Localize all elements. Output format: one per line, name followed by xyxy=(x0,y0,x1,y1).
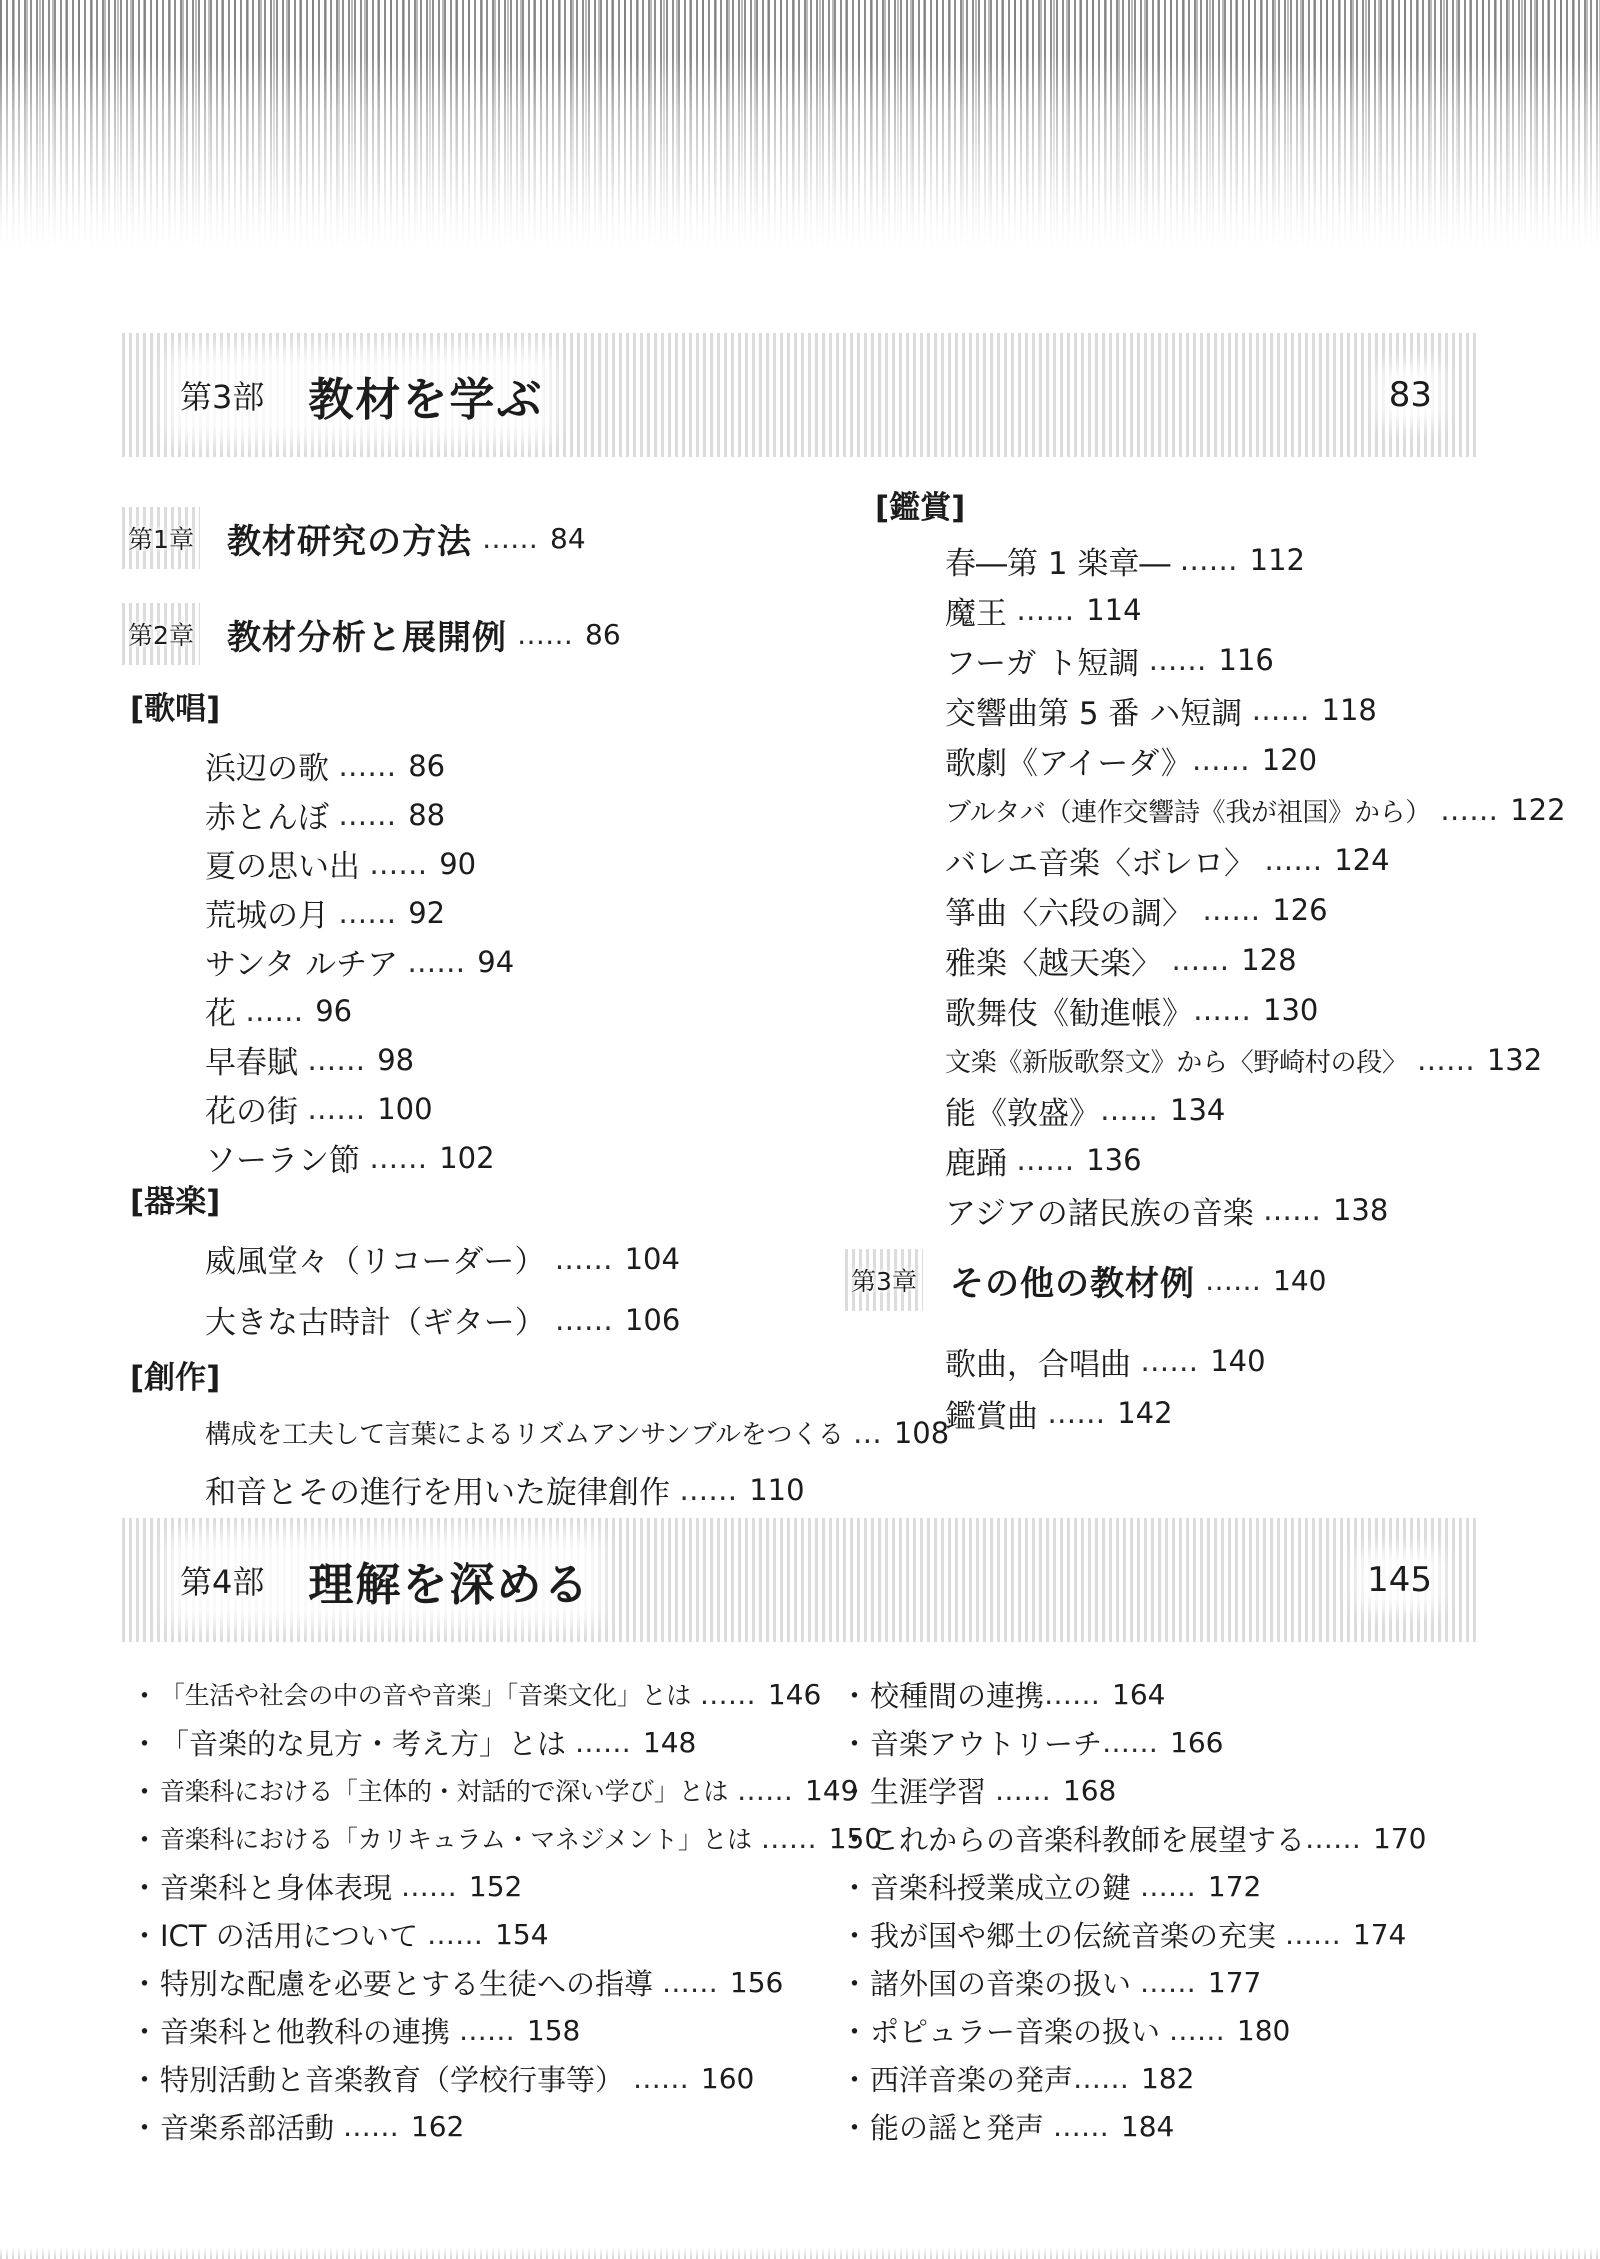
bullet-dot: ・ xyxy=(130,1914,160,1955)
leader-dots: …… xyxy=(1431,793,1498,827)
entry-title: 諸外国の音楽の扱い xyxy=(870,1962,1131,2003)
toc-entry: ・「生活や社会の中の音や音楽」「音楽文化」とは ……146 xyxy=(130,1670,790,1718)
entry-page: 94 xyxy=(477,945,514,979)
entry-page: 126 xyxy=(1272,893,1327,927)
section-label-creation: [創作] xyxy=(130,1358,782,1398)
leader-dots: …… xyxy=(728,1774,793,1807)
toc-entry: ・「音楽的な見方・考え方」とは ……148 xyxy=(130,1718,790,1766)
entry-page: 110 xyxy=(749,1473,804,1507)
entry-title: 音楽科授業成立の鍵 xyxy=(870,1866,1131,1907)
leader-dots: …… xyxy=(1160,2014,1225,2047)
chapter1-title: 教材研究の方法 xyxy=(227,514,472,563)
entry-page: 132 xyxy=(1487,1043,1542,1077)
leader-dots: …… xyxy=(517,618,573,651)
toc-entry: ・ICT の活用について ……154 xyxy=(130,1910,790,1958)
toc-entry: 春―第 1 楽章― ……112 xyxy=(945,535,1505,585)
entry-title: ブルタバ（連作交響詩《我が祖国》から） xyxy=(945,792,1431,829)
entry-title: 鹿踊 xyxy=(945,1138,1007,1183)
leader-dots: …… xyxy=(392,1870,457,1903)
toc-entry: ・我が国や郷土の伝統音楽の充実 ……174 xyxy=(840,1910,1510,1958)
entry-title: 和音とその進行を用いた旋律創作 xyxy=(205,1467,670,1512)
leader-dots: …… xyxy=(1170,543,1237,577)
book-toc-page: { "bullet": "・", "part3": { "label": "第3… xyxy=(0,0,1600,2259)
leader-dots: …… xyxy=(1205,1264,1261,1297)
entry-title: 浜辺の歌 xyxy=(205,743,329,788)
bottom-stripe-band xyxy=(0,2245,1600,2259)
toc-entry: ・能の謡と発声 ……184 xyxy=(840,2102,1510,2150)
leader-dots: …… xyxy=(1305,1822,1361,1855)
toc-entry: 赤とんぼ ……88 xyxy=(205,790,782,839)
entry-title: 花の街 xyxy=(205,1086,298,1131)
creation-list: 構成を工夫して言葉によるリズムアンサンブルをつくる …108和音とその進行を用い… xyxy=(122,1404,782,1518)
entry-title: フーガ ト短調 xyxy=(945,638,1139,683)
chapter1-page: 84 xyxy=(550,522,586,555)
bullet-dot: ・ xyxy=(840,1770,870,1811)
entry-page: 180 xyxy=(1237,2014,1290,2047)
part4-label: 第4部 xyxy=(180,1557,264,1603)
entry-page: 92 xyxy=(408,896,445,930)
toc-entry: ・西洋音楽の発声……182 xyxy=(840,2054,1510,2102)
entry-page: 138 xyxy=(1333,1193,1388,1227)
leader-dots: …… xyxy=(1007,593,1074,627)
entry-title: 音楽系部活動 xyxy=(160,2106,334,2147)
chapter1-row: 第1章 教材研究の方法 …… 84 xyxy=(122,507,782,569)
leader-dots: …… xyxy=(1100,1093,1158,1127)
toc-entry: 歌舞伎《勧進帳》……130 xyxy=(945,985,1505,1035)
entry-title: 校種間の連携 xyxy=(870,1674,1044,1715)
appreciation-list: 春―第 1 楽章― ……112魔王 ……114フーガ ト短調 ……116交響曲第… xyxy=(845,535,1505,1235)
leader-dots: …… xyxy=(1131,1966,1196,1999)
leader-dots: …… xyxy=(482,522,538,555)
toc-entry: ・音楽アウトリーチ……166 xyxy=(840,1718,1510,1766)
entry-page: 184 xyxy=(1121,2110,1174,2143)
toc-entry: ・音楽科授業成立の鍵 ……172 xyxy=(840,1862,1510,1910)
leader-dots: …… xyxy=(329,896,396,930)
toc-entry: ・ポピュラー音楽の扱い ……180 xyxy=(840,2006,1510,2054)
toc-entry: 花 ……96 xyxy=(205,986,782,1035)
bullet-dot: ・ xyxy=(840,1866,870,1907)
leader-dots: …… xyxy=(1193,893,1260,927)
leader-dots: …… xyxy=(1193,993,1251,1027)
toc-entry: 歌曲，合唱曲 ……140 xyxy=(945,1335,1505,1387)
entry-title: 我が国や郷土の伝統音楽の充実 xyxy=(870,1914,1276,1955)
entry-title: 「生活や社会の中の音や音楽」「音楽文化」とは xyxy=(160,1676,691,1712)
bullet-dot: ・ xyxy=(840,1914,870,1955)
entry-page: 106 xyxy=(625,1303,680,1337)
leader-dots: …… xyxy=(1102,1726,1158,1759)
toc-entry: 威風堂々（リコーダー） ……104 xyxy=(205,1228,782,1289)
entry-page: 120 xyxy=(1262,743,1317,777)
toc-entry: ・生涯学習 ……168 xyxy=(840,1766,1510,1814)
part3-left-column: 第1章 教材研究の方法 …… 84 第2章 教材分析と展開例 …… 86 [歌唱… xyxy=(122,507,782,1518)
entry-page: 182 xyxy=(1141,2062,1194,2095)
toc-entry: ・音楽科における「主体的・対話的で深い学び」とは ……149 xyxy=(130,1766,790,1814)
toc-entry: 文楽《新版歌祭文》から〈野崎村の段〉 ……132 xyxy=(945,1035,1505,1085)
entry-page: 140 xyxy=(1210,1344,1265,1378)
entry-page: 124 xyxy=(1334,843,1389,877)
toc-entry: 花の街 ……100 xyxy=(205,1084,782,1133)
toc-entry: 荒城の月 ……92 xyxy=(205,888,782,937)
leader-dots: …… xyxy=(360,1141,427,1175)
toc-entry: ・これからの音楽科教師を展望する……170 xyxy=(840,1814,1510,1862)
bullet-dot: ・ xyxy=(840,2106,870,2147)
toc-entry: 能《敦盛》……134 xyxy=(945,1085,1505,1135)
leader-dots: …… xyxy=(418,1918,483,1951)
entry-title: 文楽《新版歌祭文》から〈野崎村の段〉 xyxy=(945,1042,1408,1079)
chapter3-title: その他の教材例 xyxy=(950,1256,1195,1305)
entry-page: 142 xyxy=(1117,1396,1172,1430)
leader-dots: …… xyxy=(298,1092,365,1126)
leader-dots: …… xyxy=(1408,1043,1475,1077)
leader-dots: …… xyxy=(691,1678,756,1711)
leader-dots: …… xyxy=(1162,943,1229,977)
toc-entry: 雅楽〈越天楽〉 ……128 xyxy=(945,935,1505,985)
entry-title: ICT の活用について xyxy=(160,1914,418,1955)
entry-title: 花 xyxy=(205,988,236,1033)
entry-title: ソーラン節 xyxy=(205,1135,360,1180)
part4-page-number: 145 xyxy=(1367,1560,1432,1600)
chapter3-chip: 第3章 xyxy=(845,1249,923,1311)
toc-entry: 早春賦 ……98 xyxy=(205,1035,782,1084)
instrumental-list: 威風堂々（リコーダー） ……104大きな古時計（ギター） ……106 xyxy=(122,1228,782,1350)
entry-title: 能の謡と発声 xyxy=(870,2106,1044,2147)
toc-entry: ・特別な配慮を必要とする生徒への指導 ……156 xyxy=(130,1958,790,2006)
leader-dots: …… xyxy=(329,798,396,832)
leader-dots: …… xyxy=(236,994,303,1028)
entry-page: 174 xyxy=(1353,1918,1406,1951)
entry-title: 雅楽〈越天楽〉 xyxy=(945,938,1162,983)
part3-right-column: [鑑賞] 春―第 1 楽章― ……112魔王 ……114フーガ ト短調 ……11… xyxy=(845,488,1505,1439)
toc-entry: 浜辺の歌 ……86 xyxy=(205,741,782,790)
bullet-dot: ・ xyxy=(840,1962,870,2003)
bullet-dot: ・ xyxy=(840,2010,870,2051)
part4-title: 理解を深める xyxy=(308,1548,590,1613)
entry-page: 104 xyxy=(625,1242,680,1276)
entry-title: これからの音楽科教師を展望する xyxy=(870,1818,1305,1859)
entry-page: 162 xyxy=(411,2110,464,2143)
leader-dots: …… xyxy=(986,1774,1051,1807)
bullet-dot: ・ xyxy=(130,1962,160,2003)
entry-title: 赤とんぼ xyxy=(205,792,329,837)
leader-dots: …… xyxy=(1038,1396,1105,1430)
toc-entry: ・諸外国の音楽の扱い ……177 xyxy=(840,1958,1510,2006)
bullet-dot: ・ xyxy=(840,1818,870,1859)
part3-banner-text: 第3部 教材を学ぶ xyxy=(180,363,543,428)
entry-page: 136 xyxy=(1086,1143,1141,1177)
leader-dots: …… xyxy=(545,1242,612,1276)
leader-dots: …… xyxy=(1255,843,1322,877)
section-label-instrumental: [器楽] xyxy=(130,1182,782,1222)
toc-entry: ソーラン節 ……102 xyxy=(205,1133,782,1182)
entry-title: サンタ ルチア xyxy=(205,939,398,984)
entry-title: 音楽アウトリーチ xyxy=(870,1722,1102,1763)
bullet-dot: ・ xyxy=(130,1770,160,1811)
entry-title: 荒城の月 xyxy=(205,890,329,935)
part3-banner: 第3部 教材を学ぶ 83 xyxy=(122,333,1478,457)
entry-title: 歌曲，合唱曲 xyxy=(945,1339,1131,1384)
entry-page: 98 xyxy=(377,1043,414,1077)
entry-page: 96 xyxy=(315,994,352,1028)
toc-entry: ・特別活動と音楽教育（学校行事等） ……160 xyxy=(130,2054,790,2102)
chapter3-page: 140 xyxy=(1273,1264,1326,1297)
entry-page: 148 xyxy=(643,1726,696,1759)
toc-entry: ・音楽科と身体表現 ……152 xyxy=(130,1862,790,1910)
leader-dots: …… xyxy=(1131,1870,1196,1903)
entry-title: 構成を工夫して言葉によるリズムアンサンブルをつくる xyxy=(205,1414,844,1451)
toc-entry: 鑑賞曲 ……142 xyxy=(945,1387,1505,1439)
entry-title: ポピュラー音楽の扱い xyxy=(870,2010,1160,2051)
entry-title: 春―第 1 楽章― xyxy=(945,538,1170,583)
bullet-dot: ・ xyxy=(840,1722,870,1763)
entry-page: 154 xyxy=(495,1918,548,1951)
leader-dots: …… xyxy=(329,749,396,783)
chapter3-row: 第3章 その他の教材例 …… 140 xyxy=(845,1249,1505,1311)
entry-page: 100 xyxy=(377,1092,432,1126)
chapter2-page: 86 xyxy=(585,618,621,651)
entry-page: 156 xyxy=(730,1966,783,1999)
top-stripe-band xyxy=(0,0,1600,252)
leader-dots: …… xyxy=(1044,2110,1109,2143)
entry-page: 146 xyxy=(768,1678,821,1711)
part3-title: 教材を学ぶ xyxy=(308,363,543,428)
leader-dots: …… xyxy=(1044,1678,1100,1711)
bullet-dot: ・ xyxy=(130,2010,160,2051)
bullet-dot: ・ xyxy=(130,1674,160,1715)
part4-banner: 第4部 理解を深める 145 xyxy=(122,1518,1478,1642)
chapter2-title: 教材分析と展開例 xyxy=(227,610,507,659)
toc-entry: 夏の思い出 ……90 xyxy=(205,839,782,888)
toc-entry: 大きな古時計（ギター） ……106 xyxy=(205,1289,782,1350)
entry-page: 152 xyxy=(469,1870,522,1903)
entry-page: 102 xyxy=(439,1141,494,1175)
bullet-dot: ・ xyxy=(130,1818,160,1859)
entry-page: 88 xyxy=(408,798,445,832)
entry-page: 116 xyxy=(1219,643,1274,677)
entry-page: 177 xyxy=(1208,1966,1261,1999)
bullet-dot: ・ xyxy=(840,1674,870,1715)
toc-entry: 鹿踊 ……136 xyxy=(945,1135,1505,1185)
entry-page: 168 xyxy=(1063,1774,1116,1807)
leader-dots: …… xyxy=(624,2062,689,2095)
entry-title: アジアの諸民族の音楽 xyxy=(945,1188,1254,1233)
entry-title: 能《敦盛》 xyxy=(945,1088,1100,1133)
entry-page: 122 xyxy=(1510,793,1565,827)
chapter2-row: 第2章 教材分析と展開例 …… 86 xyxy=(122,603,782,665)
leader-dots: …… xyxy=(360,847,427,881)
leader-dots: …… xyxy=(653,1966,718,1999)
toc-entry: ・校種間の連携……164 xyxy=(840,1670,1510,1718)
entry-page: 172 xyxy=(1208,1870,1261,1903)
toc-entry: 交響曲第 5 番 ハ短調 ……118 xyxy=(945,685,1505,735)
leader-dots: …… xyxy=(450,2014,515,2047)
toc-entry: 和音とその進行を用いた旋律創作 ……110 xyxy=(205,1461,782,1518)
leader-dots: …… xyxy=(398,945,465,979)
entry-page: 170 xyxy=(1373,1822,1426,1855)
toc-entry: 箏曲〈六段の調〉 ……126 xyxy=(945,885,1505,935)
entry-page: 160 xyxy=(701,2062,754,2095)
entry-page: 158 xyxy=(527,2014,580,2047)
entry-title: 西洋音楽の発声 xyxy=(870,2058,1073,2099)
leader-dots: …… xyxy=(1192,743,1250,777)
entry-page: 130 xyxy=(1263,993,1318,1027)
part3-label: 第3部 xyxy=(180,372,264,418)
other-materials-list: 歌曲，合唱曲 ……140鑑賞曲 ……142 xyxy=(845,1335,1505,1439)
entry-page: 134 xyxy=(1170,1093,1225,1127)
entry-title: 特別な配慮を必要とする生徒への指導 xyxy=(160,1962,653,2003)
leader-dots: …… xyxy=(334,2110,399,2143)
entry-page: 114 xyxy=(1086,593,1141,627)
leader-dots: …… xyxy=(566,1726,631,1759)
leader-dots: …… xyxy=(752,1822,817,1855)
entry-title: 生涯学習 xyxy=(870,1770,986,1811)
toc-entry: ブルタバ（連作交響詩《我が祖国》から） ……122 xyxy=(945,785,1505,835)
entry-title: 早春賦 xyxy=(205,1037,298,1082)
toc-entry: 魔王 ……114 xyxy=(945,585,1505,635)
section-label-appreciation: [鑑賞] xyxy=(875,488,1505,528)
bullet-dot: ・ xyxy=(130,2106,160,2147)
leader-dots: …… xyxy=(1139,643,1206,677)
entry-page: 164 xyxy=(1112,1678,1165,1711)
entry-title: バレエ音楽〈ボレロ〉 xyxy=(945,838,1255,883)
leader-dots: …… xyxy=(1073,2062,1129,2095)
leader-dots: …… xyxy=(1007,1143,1074,1177)
entry-title: 威風堂々（リコーダー） xyxy=(205,1236,545,1281)
entry-title: 音楽科における「カリキュラム・マネジメント」とは xyxy=(160,1820,752,1856)
part4-right-column: ・校種間の連携……164・音楽アウトリーチ……166・生涯学習 ……168・これ… xyxy=(840,1670,1510,2150)
part4-left-column: ・「生活や社会の中の音や音楽」「音楽文化」とは ……146・「音楽的な見方・考え… xyxy=(130,1670,790,2150)
entry-title: 音楽科と他教科の連携 xyxy=(160,2010,450,2051)
toc-entry: ・音楽科における「カリキュラム・マネジメント」とは ……150 xyxy=(130,1814,790,1862)
entry-title: 音楽科と身体表現 xyxy=(160,1866,392,1907)
toc-entry: 構成を工夫して言葉によるリズムアンサンブルをつくる …108 xyxy=(205,1404,782,1461)
entry-page: 112 xyxy=(1250,543,1305,577)
chapter1-chip: 第1章 xyxy=(122,507,200,569)
bullet-dot: ・ xyxy=(130,2058,160,2099)
leader-dots: …… xyxy=(1242,693,1309,727)
leader-dots: …… xyxy=(1276,1918,1341,1951)
entry-title: 夏の思い出 xyxy=(205,841,360,886)
singing-list: 浜辺の歌 ……86赤とんぼ ……88夏の思い出 ……90荒城の月 ……92サンタ… xyxy=(122,741,782,1182)
entry-page: 118 xyxy=(1322,693,1377,727)
bullet-dot: ・ xyxy=(130,1866,160,1907)
entry-title: 音楽科における「主体的・対話的で深い学び」とは xyxy=(160,1772,728,1808)
toc-entry: フーガ ト短調 ……116 xyxy=(945,635,1505,685)
entry-title: 箏曲〈六段の調〉 xyxy=(945,888,1193,933)
entry-page: 128 xyxy=(1241,943,1296,977)
leader-dots: …… xyxy=(1131,1344,1198,1378)
toc-entry: 歌劇《アイーダ》……120 xyxy=(945,735,1505,785)
leader-dots: …… xyxy=(670,1473,737,1507)
bullet-dot: ・ xyxy=(840,2058,870,2099)
toc-entry: バレエ音楽〈ボレロ〉 ……124 xyxy=(945,835,1505,885)
bullet-dot: ・ xyxy=(130,1722,160,1763)
entry-title: 歌舞伎《勧進帳》 xyxy=(945,988,1193,1033)
entry-page: 86 xyxy=(408,749,445,783)
leader-dots: …… xyxy=(1254,1193,1321,1227)
toc-entry: ・音楽系部活動 ……162 xyxy=(130,2102,790,2150)
leader-dots: …… xyxy=(298,1043,365,1077)
leader-dots: …… xyxy=(546,1303,613,1337)
entry-title: 「音楽的な見方・考え方」とは xyxy=(160,1722,566,1763)
chapter2-chip: 第2章 xyxy=(122,603,200,665)
part3-page-number: 83 xyxy=(1389,375,1432,415)
part4-banner-text: 第4部 理解を深める xyxy=(180,1548,590,1613)
toc-entry: アジアの諸民族の音楽 ……138 xyxy=(945,1185,1505,1235)
entry-title: 大きな古時計（ギター） xyxy=(205,1297,546,1342)
entry-title: 魔王 xyxy=(945,588,1007,633)
entry-title: 鑑賞曲 xyxy=(945,1391,1038,1436)
section-label-singing: [歌唱] xyxy=(130,689,782,729)
entry-title: 歌劇《アイーダ》 xyxy=(945,738,1192,783)
toc-entry: サンタ ルチア ……94 xyxy=(205,937,782,986)
entry-title: 交響曲第 5 番 ハ短調 xyxy=(945,688,1242,733)
entry-page: 90 xyxy=(439,847,476,881)
entry-title: 特別活動と音楽教育（学校行事等） xyxy=(160,2058,624,2099)
toc-entry: ・音楽科と他教科の連携 ……158 xyxy=(130,2006,790,2054)
entry-page: 166 xyxy=(1170,1726,1223,1759)
